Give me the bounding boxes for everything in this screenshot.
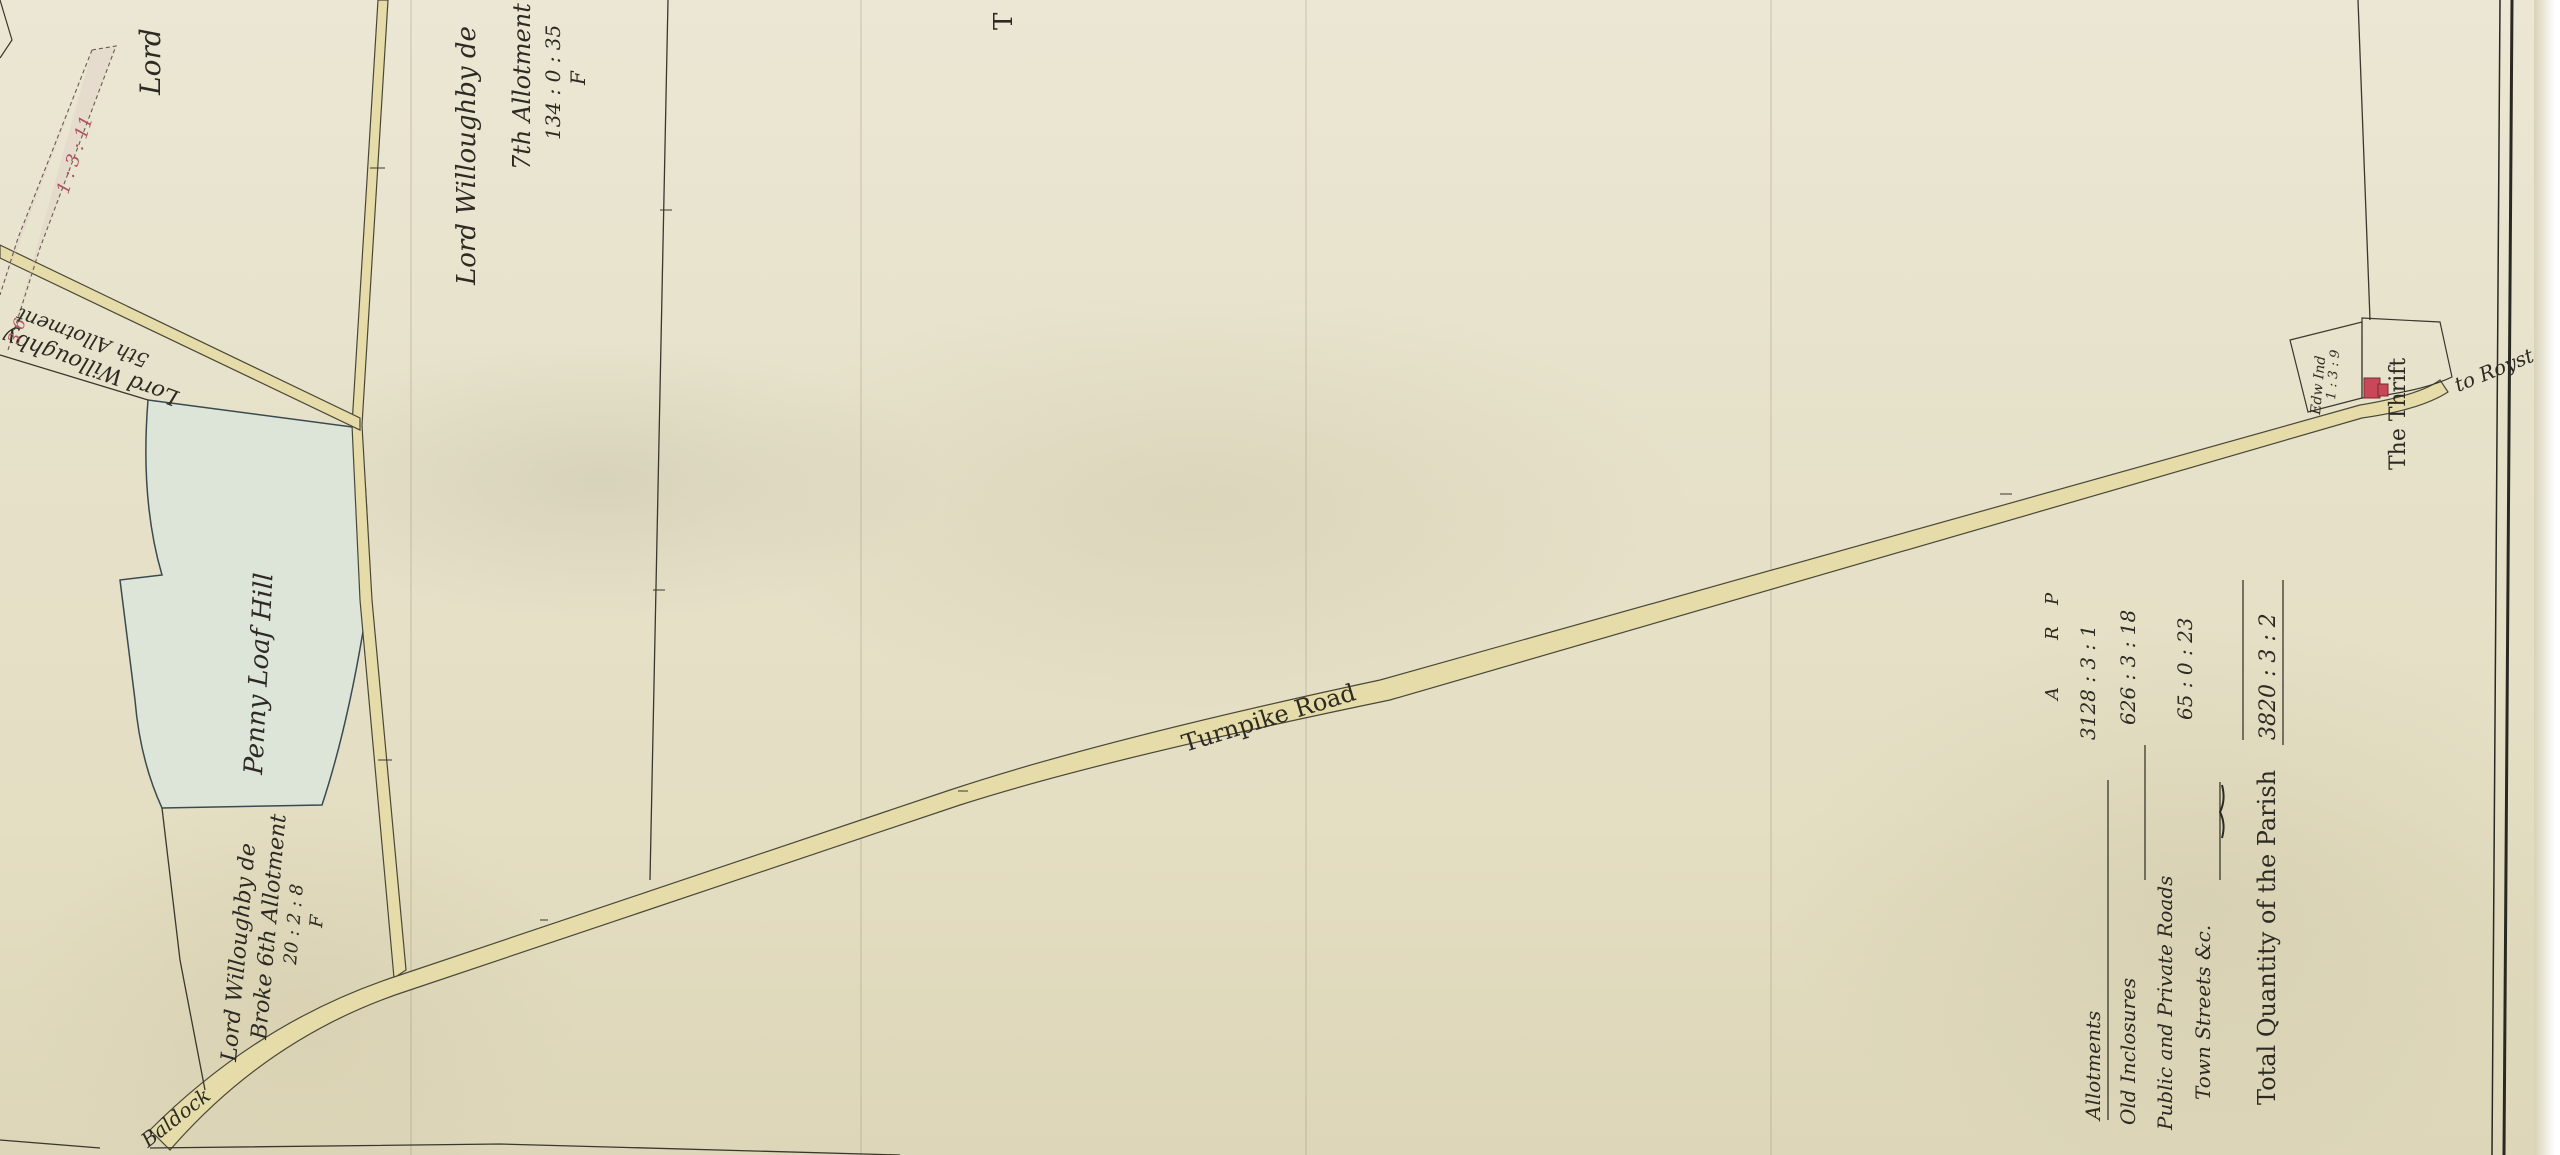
table-total-label: Total Quantity of the Parish: [2253, 770, 2281, 1105]
parcel-owner: Lord Willoughby de: [452, 26, 482, 286]
table-row-value: 65 : 0 : 23: [2173, 617, 2197, 720]
table-row-value: 3128 : 3 : 1: [2076, 625, 2100, 740]
survey-ticks: [370, 168, 2012, 920]
parcel-allotment: 7th Allotment: [508, 3, 536, 170]
vertical-road: [352, 0, 406, 978]
field-boundary: [162, 808, 205, 1090]
table-row-value: 626 : 3 : 18: [2116, 610, 2140, 725]
table-row-label: Public and Private Roads: [2153, 876, 2177, 1131]
parcel-area: 134 : 0 : 35: [541, 25, 565, 140]
table-row-label-2: Town Streets &c.: [2191, 925, 2215, 1100]
field-boundary: [0, 0, 12, 58]
red-annotation: 1 : 3 : 11: [53, 113, 98, 196]
parish-boundary: [0, 1140, 900, 1155]
parcel-label-lord: Lord: [134, 28, 167, 96]
table-row-label: Old Inclosures: [2116, 978, 2140, 1125]
field-boundary: [2358, 0, 2370, 320]
map-border-inner: [2492, 0, 2500, 1155]
table-row-label: Allotments: [2081, 1011, 2105, 1122]
turnpike-road-label: Turnpike Road: [1179, 678, 1359, 757]
table-col-a: A: [2042, 687, 2063, 702]
thrift-label: The Thrift: [2386, 358, 2411, 470]
map-sheet: T Lord Lord Willoughby de 7th Allotment …: [0, 0, 2560, 1155]
map-drawing: T Lord Lord Willoughby de 7th Allotment …: [0, 0, 2560, 1155]
edw-ind-area: 1 : 3 : 9: [2324, 349, 2343, 400]
parcel-mark: F: [306, 913, 328, 930]
map-border-outer: [2504, 0, 2512, 1155]
table-col-r: R: [2042, 626, 2063, 641]
table-total-value: 3820 : 3 : 2: [2256, 613, 2281, 740]
field-boundary: [650, 0, 668, 880]
table-col-p: P: [2042, 592, 2063, 606]
sheet-edge: [2534, 0, 2560, 1155]
title-fragment: T: [989, 12, 1019, 30]
parcel-mark: F: [566, 70, 590, 86]
